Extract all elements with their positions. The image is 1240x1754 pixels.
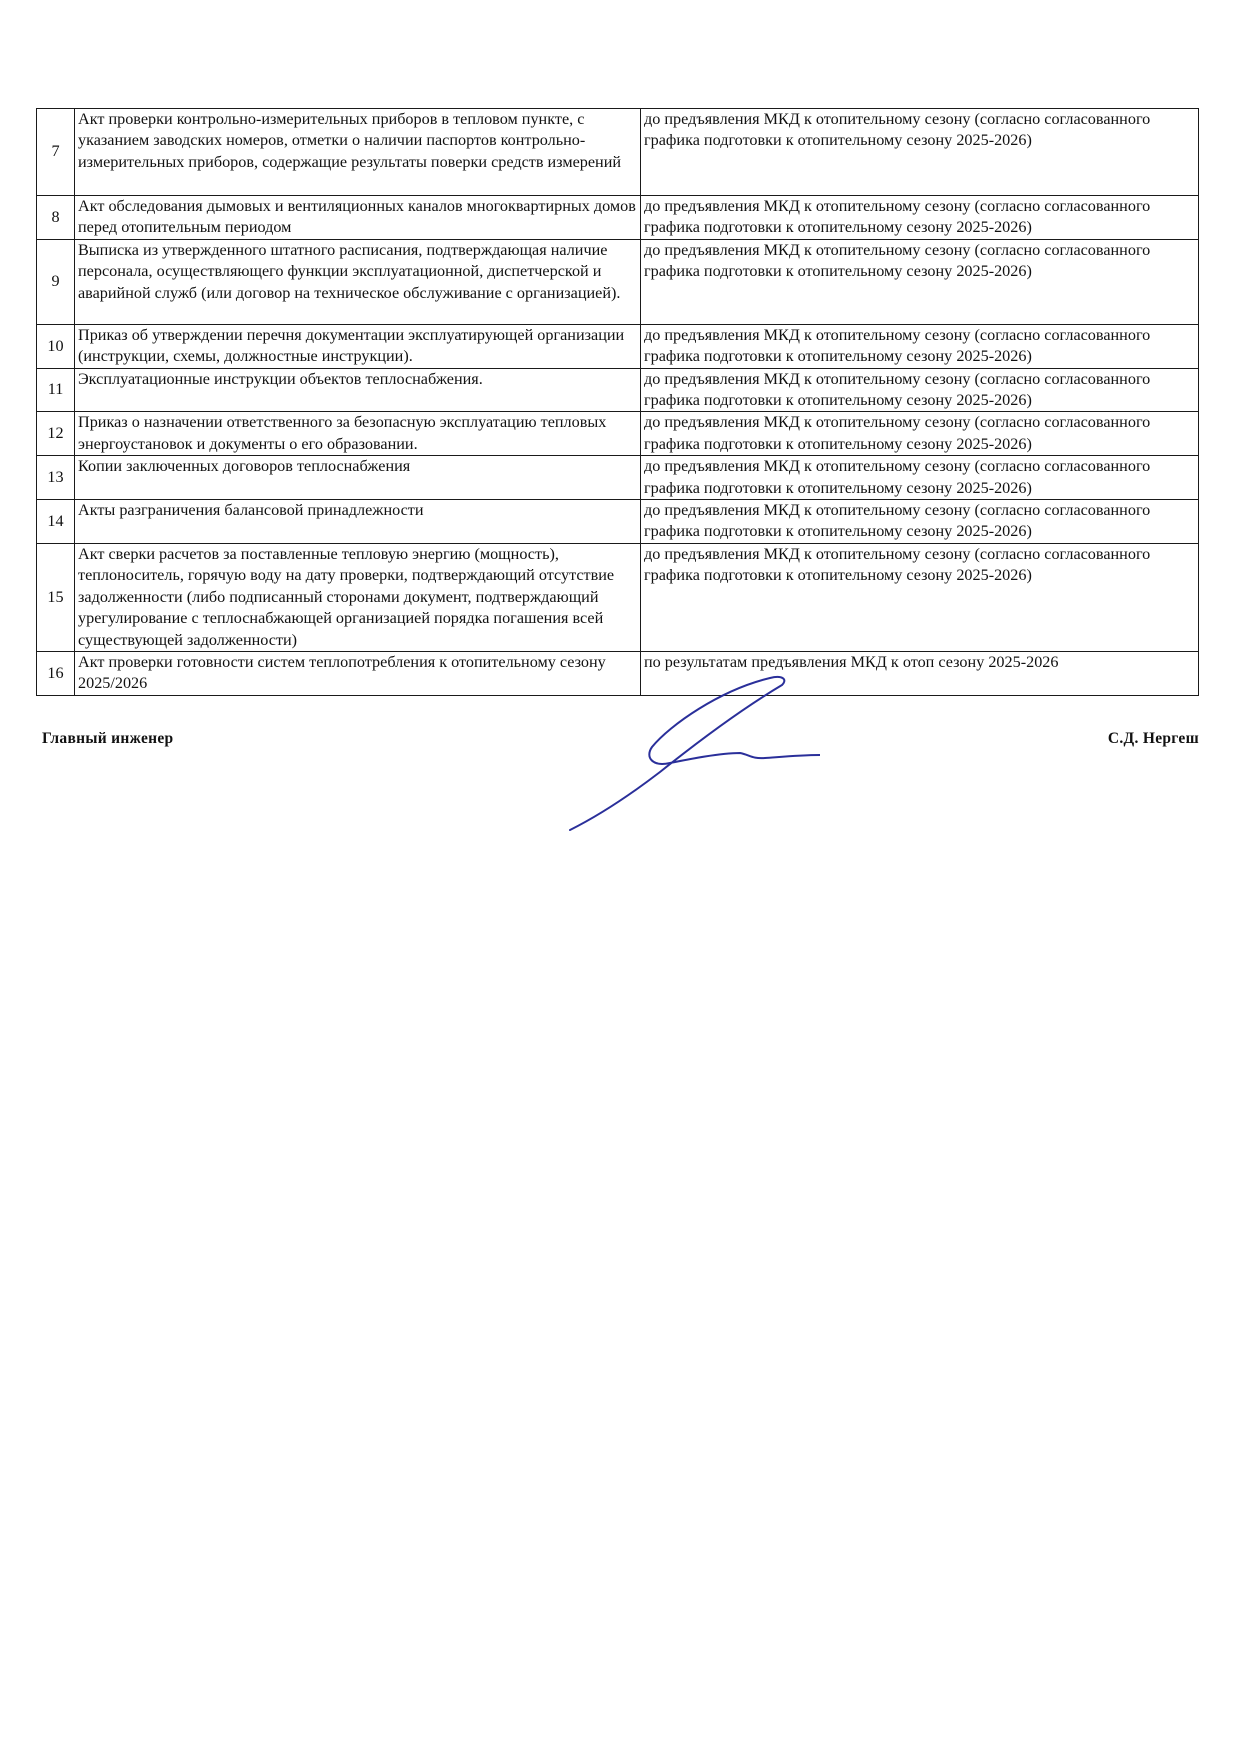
table-row: 15Акт сверки расчетов за поставленные те… — [37, 543, 1199, 651]
deadline: до предъявления МКД к отопительному сезо… — [641, 196, 1199, 240]
documents-table-body: 7Акт проверки контрольно-измерительных п… — [37, 109, 1199, 696]
row-number: 13 — [37, 456, 75, 500]
row-number: 12 — [37, 412, 75, 456]
document-name: Акт сверки расчетов за поставленные тепл… — [75, 543, 641, 651]
deadline: до предъявления МКД к отопительному сезо… — [641, 324, 1199, 368]
document-name: Копии заключенных договоров теплоснабжен… — [75, 456, 641, 500]
table-row: 9Выписка из утвержденного штатного распи… — [37, 239, 1199, 324]
document-name: Приказ о назначении ответственного за бе… — [75, 412, 641, 456]
handwritten-signature — [560, 675, 820, 845]
signatory-name: С.Д. Нергеш — [1108, 730, 1199, 748]
deadline: до предъявления МКД к отопительному сезо… — [641, 543, 1199, 651]
table-row: 7Акт проверки контрольно-измерительных п… — [37, 109, 1199, 196]
row-number: 8 — [37, 196, 75, 240]
document-name: Выписка из утвержденного штатного распис… — [75, 239, 641, 324]
table-row: 10Приказ об утверждении перечня документ… — [37, 324, 1199, 368]
deadline: до предъявления МКД к отопительному сезо… — [641, 368, 1199, 412]
row-number: 9 — [37, 239, 75, 324]
row-number: 15 — [37, 543, 75, 651]
document-name: Акт обследования дымовых и вентиляционны… — [75, 196, 641, 240]
document-name: Акт проверки готовности систем теплопотр… — [75, 651, 641, 695]
table-row: 14Акты разграничения балансовой принадле… — [37, 500, 1199, 544]
document-name: Акт проверки контрольно-измерительных пр… — [75, 109, 641, 196]
table-row: 8Акт обследования дымовых и вентиляционн… — [37, 196, 1199, 240]
document-name: Акты разграничения балансовой принадлежн… — [75, 500, 641, 544]
row-number: 7 — [37, 109, 75, 196]
row-number: 11 — [37, 368, 75, 412]
document-name: Приказ об утверждении перечня документац… — [75, 324, 641, 368]
row-number: 16 — [37, 651, 75, 695]
deadline: до предъявления МКД к отопительному сезо… — [641, 412, 1199, 456]
table-row: 12Приказ о назначении ответственного за … — [37, 412, 1199, 456]
row-number: 10 — [37, 324, 75, 368]
document-name: Эксплуатационные инструкции объектов теп… — [75, 368, 641, 412]
deadline: до предъявления МКД к отопительному сезо… — [641, 109, 1199, 196]
signatory-position: Главный инженер — [42, 730, 173, 748]
deadline: до предъявления МКД к отопительному сезо… — [641, 456, 1199, 500]
documents-table: 7Акт проверки контрольно-измерительных п… — [36, 108, 1199, 696]
row-number: 14 — [37, 500, 75, 544]
deadline: до предъявления МКД к отопительному сезо… — [641, 239, 1199, 324]
table-row: 11Эксплуатационные инструкции объектов т… — [37, 368, 1199, 412]
table-row: 13Копии заключенных договоров теплоснабж… — [37, 456, 1199, 500]
deadline: до предъявления МКД к отопительному сезо… — [641, 500, 1199, 544]
